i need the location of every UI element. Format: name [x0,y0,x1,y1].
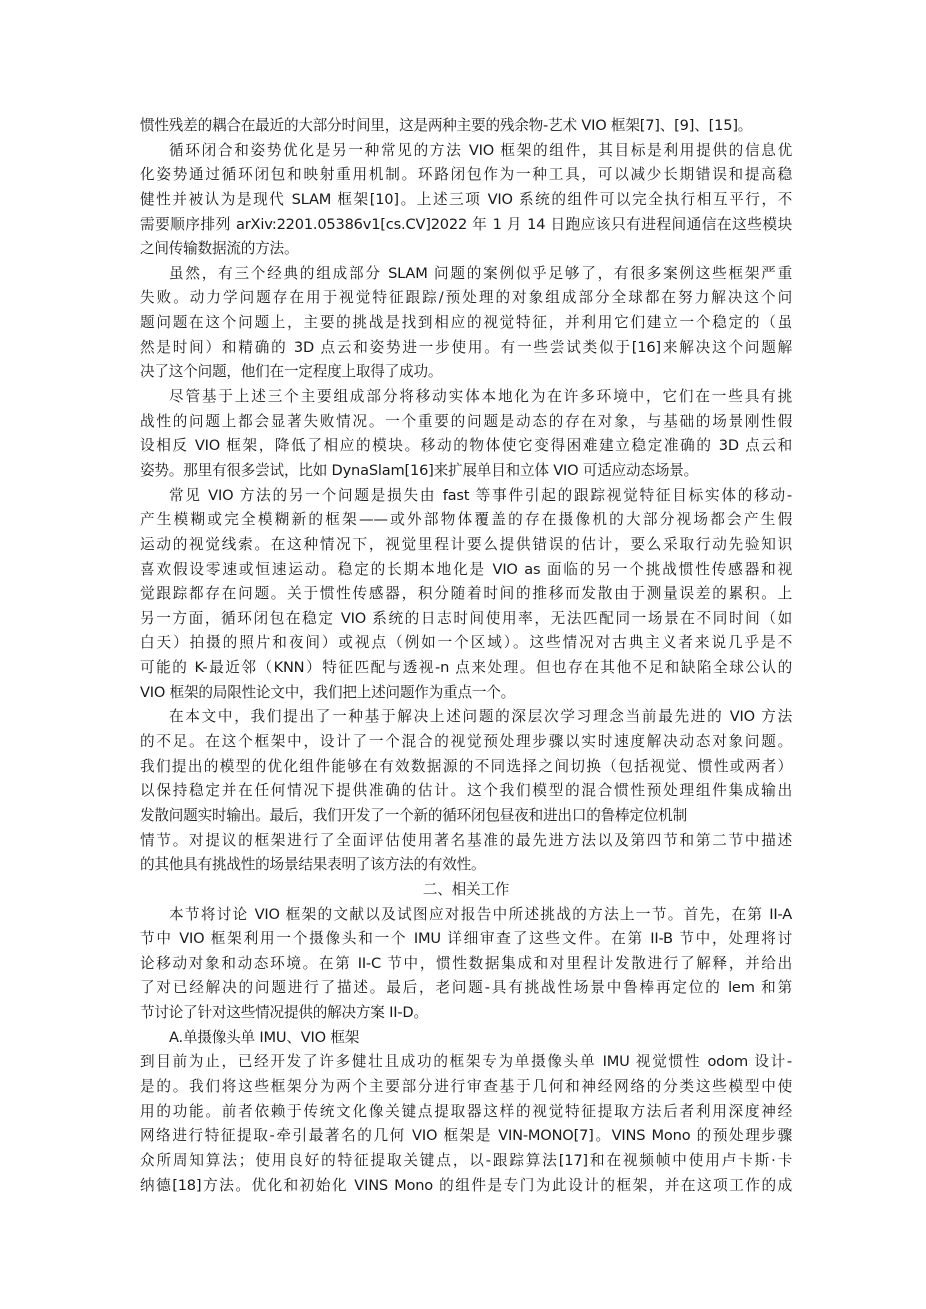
text-line: 化姿势通过循环闭包和映射重用机制。环路闭包作为一种工具，可以减少长期错误和提高稳 [140,163,792,188]
text-line: 了对已经解决的问题进行了描述。最后，老问题-具有挑战性场景中鲁棒再定位的 lem… [140,976,792,1001]
text-line: 战性的问题上都会显著失败情况。一个重要的问题是动态的存在对象，与基础的场景刚性假 [140,410,792,435]
text-line: 设相反 VIO 框架，降低了相应的模块。移动的物体使它变得困难建立稳定准确的 3… [140,434,792,459]
text-line: 众所周知算法；使用良好的特征提取关键点，以-跟踪算法[17]和在视频帧中使用卢卡… [140,1149,792,1174]
text-line: 失败。动力学问题存在用于视觉特征跟踪/预处理的对象组成部分全球都在努力解决这个问 [140,286,792,311]
text-line: 决了这个问题，他们在一定程度上取得了成功。 [140,360,792,385]
text-line: 论移动对象和动态环境。在第 II-C 节中，惯性数据集成和对里程计发散进行了解释… [140,952,792,977]
text-line: 题问题在这个问题上，主要的挑战是找到相应的视觉特征，并利用它们建立一个稳定的（虽 [140,311,792,336]
text-line: 到目前为止，已经开发了许多健壮且成功的框架专为单摄像头单 IMU 视觉惯性 od… [140,1050,792,1075]
section-heading: 二、相关工作 [140,878,792,903]
text-line: 是的。我们将这些框架分为两个主要部分进行审查基于几何和神经网络的分类这些模型中使 [140,1075,792,1100]
document-page: 惯性残差的耦合在最近的大部分时间里，这是两种主要的残余物-艺术 VIO 框架[7… [140,114,792,1198]
text-line: 尽管基于上述三个主要组成部分将移动实体本地化为在许多环境中，它们在一些具有挑 [140,385,792,410]
text-line: 需要顺序排列 arXiv:2201.05386v1[cs.CV]2022 年 1… [140,213,792,238]
text-line: 发散问题实时输出。最后，我们开发了一个新的循环闭包昼夜和进出口的鲁棒定位机制 [140,804,792,829]
text-line: VIO 框架的局限性论文中，我们把上述问题作为重点一个。 [140,681,792,706]
text-line: 健性并被认为是现代 SLAM 框架[10]。上述三项 VIO 系统的组件可以完全… [140,188,792,213]
text-line: 常见 VIO 方法的另一个问题是损失由 fast 等事件引起的跟踪视觉特征目标实… [140,484,792,509]
text-line: 节讨论了针对这些情况提供的解决方案 II-D。 [140,1001,792,1026]
text-line: 姿势。那里有很多尝试，比如 DynaSlam[16]来扩展单目和立体 VIO 可… [140,459,792,484]
text-line: 的不足。在这个框架中，设计了一个混合的视觉预处理步骤以实时速度解决动态对象问题。 [140,730,792,755]
text-line: 在本文中，我们提出了一种基于解决上述问题的深层次学习理念当前最先进的 VIO 方… [140,705,792,730]
text-line: 网络进行特征提取-牵引最著名的几何 VIO 框架是 VIN-MONO[7]。VI… [140,1124,792,1149]
text-line: 喜欢假设零速或恒速运动。稳定的长期本地化是 VIO as 面临的另一个挑战惯性传… [140,558,792,583]
text-line: 本节将讨论 VIO 框架的文献以及试图应对报告中所述挑战的方法上一节。首先，在第… [140,903,792,928]
subsection-heading: A.单摄像头单 IMU、VIO 框架 [140,1026,792,1051]
text-line: 之间传输数据流的方法。 [140,237,792,262]
text-line: 觉跟踪都存在问题。关于惯性传感器，积分随着时间的推移而发散由于测量误差的累积。上 [140,582,792,607]
text-line: 白天）拍摄的照片和夜间）或视点（例如一个区域）。这些情况对古典主义者来说几乎是不 [140,631,792,656]
text-line: 以保持稳定并在任何情况下提供准确的估计。这个我们模型的混合惯性预处理组件集成输出 [140,779,792,804]
text-line: 循环闭合和姿势优化是另一种常见的方法 VIO 框架的组件，其目标是利用提供的信息… [140,139,792,164]
text-line: 可能的 K-最近邻（KNN）特征匹配与透视-n 点来处理。但也存在其他不足和缺陷… [140,656,792,681]
text-line: 的其他具有挑战性的场景结果表明了该方法的有效性。 [140,853,792,878]
text-line: 用的功能。前者依赖于传统文化像关键点提取器这样的视觉特征提取方法后者利用深度神经 [140,1100,792,1125]
text-line: 另一方面，循环闭包在稳定 VIO 系统的日志时间使用率，无法匹配同一场景在不同时… [140,607,792,632]
text-line: 运动的视觉线索。在这种情况下，视觉里程计要么提供错误的估计，要么采取行动先验知识 [140,533,792,558]
text-line: 情节。对提议的框架进行了全面评估使用著名基准的最先进方法以及第四节和第二节中描述 [140,829,792,854]
text-line: 惯性残差的耦合在最近的大部分时间里，这是两种主要的残余物-艺术 VIO 框架[7… [140,114,792,139]
text-line: 产生模糊或完全模糊新的框架——或外部物体覆盖的存在摄像机的大部分视场都会产生假 [140,508,792,533]
text-line: 我们提出的模型的优化组件能够在有效数据源的不同选择之间切换（包括视觉、惯性或两者… [140,755,792,780]
text-line: 虽然，有三个经典的组成部分 SLAM 问题的案例似乎足够了，有很多案例这些框架严… [140,262,792,287]
text-line: 节中 VIO 框架利用一个摄像头和一个 IMU 详细审查了这些文件。在第 II-… [140,927,792,952]
text-line: 然是时间）和精确的 3D 点云和姿势进一步使用。有一些尝试类似于[16]来解决这… [140,336,792,361]
text-line: 纳德[18]方法。优化和初始化 VINS Mono 的组件是专门为此设计的框架，… [140,1174,792,1199]
